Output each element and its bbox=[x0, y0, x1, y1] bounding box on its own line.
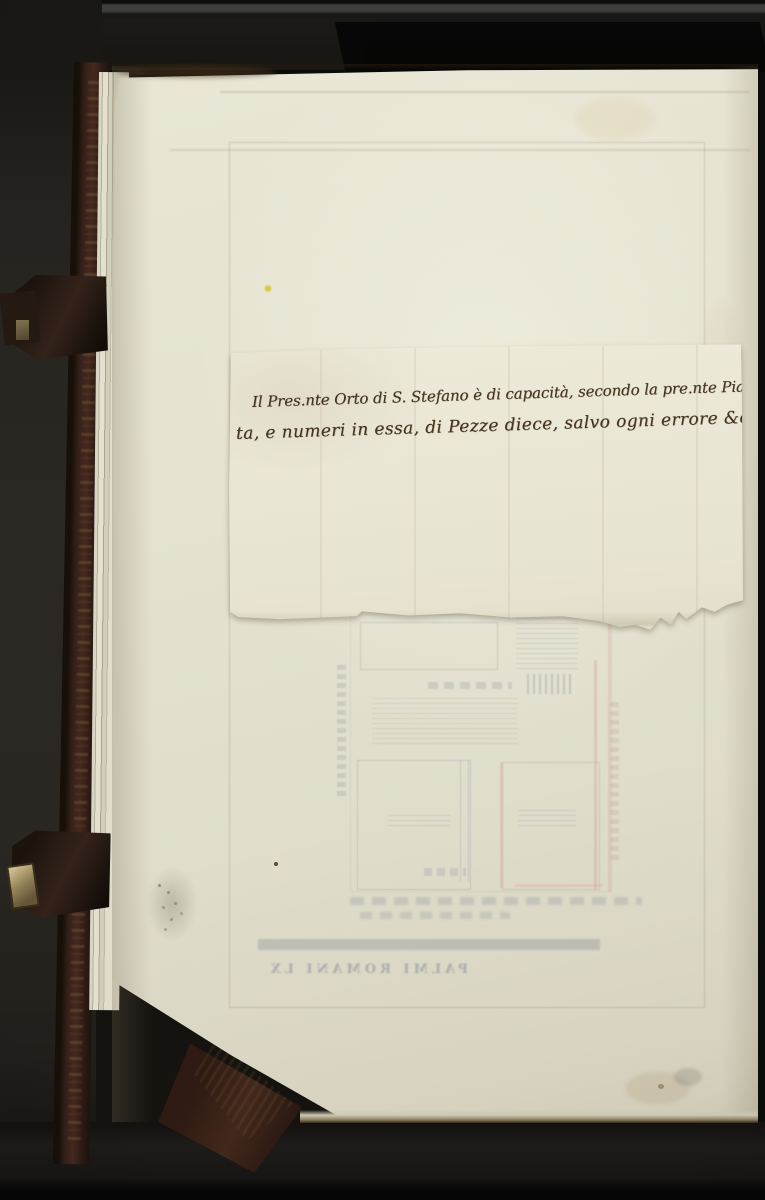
showthrough-stairs-hatching bbox=[527, 674, 575, 694]
faint-stain bbox=[575, 98, 655, 140]
showthrough-margin-text-right bbox=[610, 700, 619, 860]
background-bottom-band bbox=[0, 1122, 765, 1200]
showthrough-label-row bbox=[428, 682, 512, 689]
foxing-speck bbox=[274, 862, 278, 866]
showthrough-title-band bbox=[258, 939, 600, 950]
smudge-speckles bbox=[158, 884, 161, 887]
yellow-wax-spot bbox=[264, 284, 272, 293]
showthrough-room-outline bbox=[502, 762, 600, 890]
showthrough-margin-text-left bbox=[337, 664, 346, 796]
showthrough-text-block bbox=[372, 696, 518, 744]
faint-pencil-mark bbox=[674, 1068, 702, 1086]
showthrough-wall-line bbox=[460, 760, 469, 882]
foxing-speck bbox=[658, 1084, 664, 1089]
showthrough-room-label bbox=[388, 814, 450, 826]
showthrough-caption-line bbox=[360, 912, 510, 919]
showthrough-room-label bbox=[518, 810, 576, 826]
pasted-note-slip: Il Pres.nte Orto di S. Stefano è di capa… bbox=[228, 343, 743, 632]
showthrough-room-label bbox=[424, 868, 466, 876]
lower-clasp-buckle bbox=[6, 862, 40, 909]
handwritten-note-line-1: Il Pres.nte Orto di S. Stefano è di capa… bbox=[252, 377, 760, 411]
showthrough-red-wall-line bbox=[500, 762, 503, 888]
page-gutter-shading bbox=[112, 66, 152, 1122]
showthrough-red-wall-line bbox=[515, 884, 603, 887]
showthrough-caption-line bbox=[350, 897, 642, 905]
showthrough-scale-label: PALMI ROMANI LX bbox=[312, 962, 468, 988]
page-crease bbox=[220, 91, 750, 93]
page-bottom-edge bbox=[300, 1110, 758, 1123]
slip-paper: Il Pres.nte Orto di S. Stefano è di capa… bbox=[228, 343, 743, 632]
upper-clasp-metal-glint bbox=[16, 320, 29, 340]
showthrough-red-wall-line bbox=[608, 618, 611, 892]
handwritten-note-line-2: ta, e numeri in essa, di Pezze diece, sa… bbox=[236, 408, 756, 444]
manuscript-photo: PALMI ROMANI LX Il Pres.nte Orto di S. S… bbox=[0, 0, 765, 1200]
page-top-edge-soiling bbox=[116, 66, 276, 78]
gray-smudge-stain bbox=[146, 866, 198, 942]
slip-torn-edge-shading bbox=[228, 612, 743, 626]
